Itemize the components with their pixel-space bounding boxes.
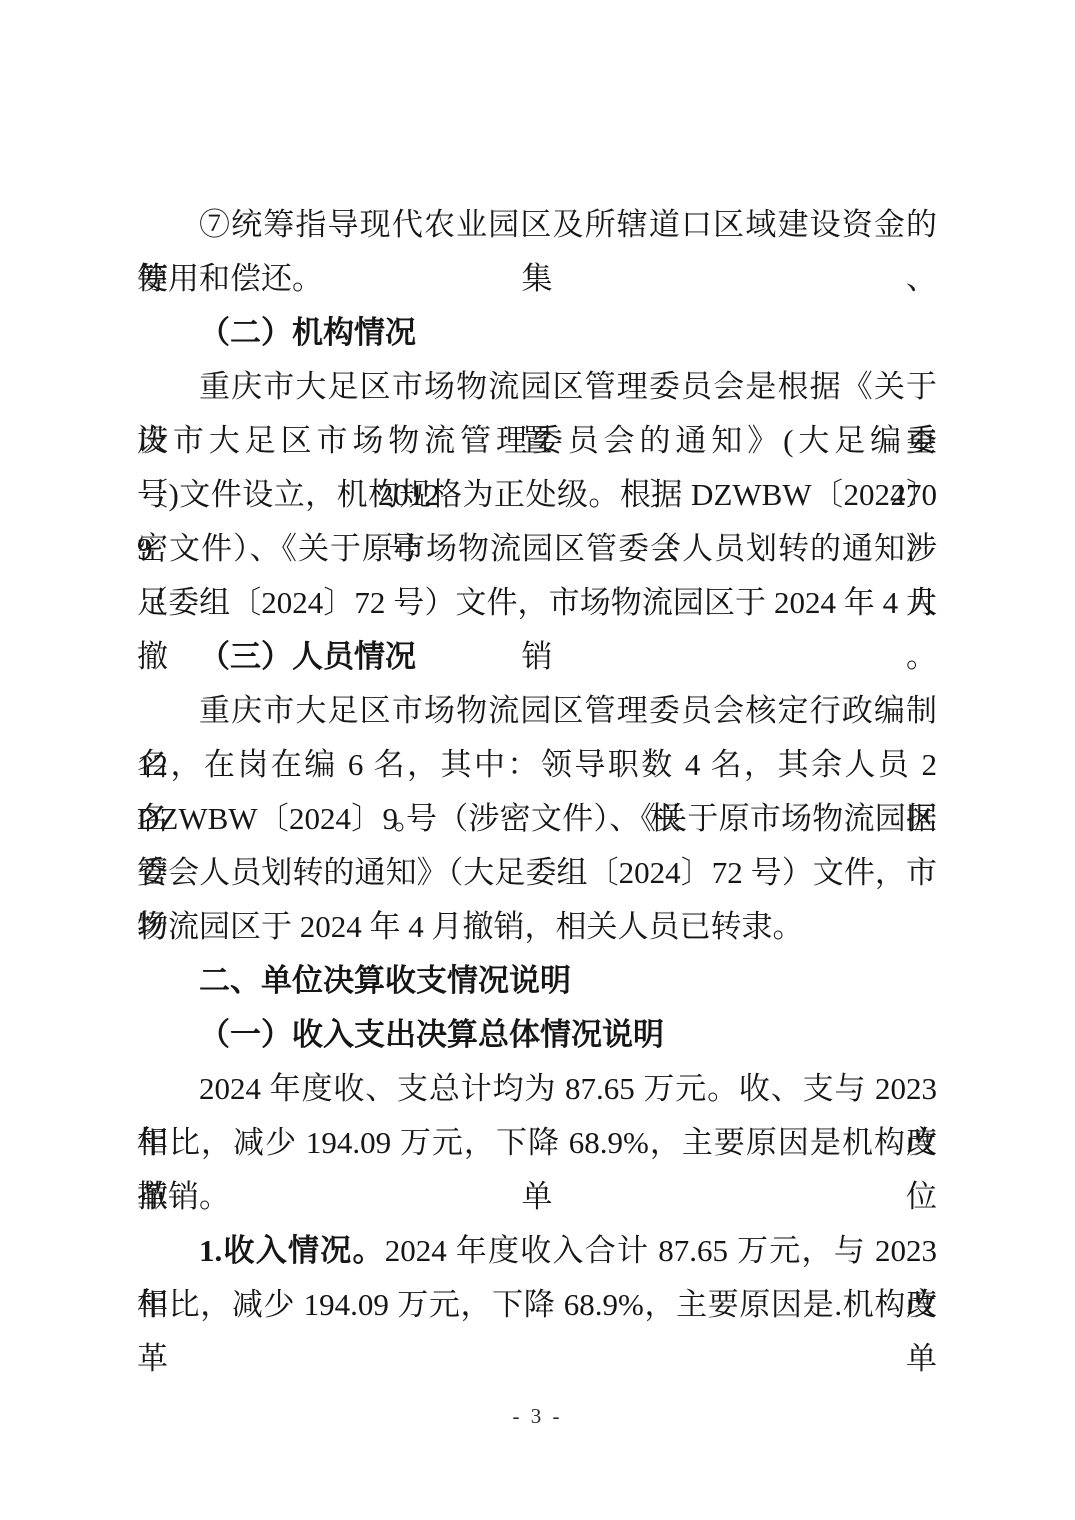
text-run: 相比，减少 194.09 万元，下降 68.9%，主要原因是机构改革单位	[137, 1125, 937, 1214]
section-heading-budget-overview: 二、单位决算收支情况说明	[137, 954, 937, 1008]
text-run: 相比，减少 194.09 万元，下降 68.9%，主要原因是.机构改革单	[137, 1287, 937, 1376]
text-run: 物流园区于 2024 年 4 月撤销，相关人员已转隶。	[137, 909, 804, 944]
subsection-heading-organization: （二）机构情况	[137, 306, 937, 360]
text-run: 使用和偿还。	[137, 261, 323, 296]
paragraph-line: 号)文件设立，机构规格为正处级。根据 DZWBW〔2024〕9 号（涉	[137, 468, 937, 522]
paragraph-line: 重庆市大足区市场物流园区管理委员会是根据《关于设置重	[137, 360, 937, 414]
paragraph-line: 密文件）、《关于原市场物流园区管委会人员划转的通知》（大	[137, 522, 937, 576]
paragraph-line: 重庆市大足区市场物流园区管理委员会核定行政编制 12	[137, 684, 937, 738]
text-run: 撤销。	[137, 1179, 230, 1214]
paragraph-line: 名，在岗在编 6 名，其中：领导职数 4 名，其余人员 2 名。根据	[137, 738, 937, 792]
paragraph-line: 庆市大足区市场物流管理委员会的通知》(大足编委〔2012〕270	[137, 414, 937, 468]
paragraph-line: 相比，减少 194.09 万元，下降 68.9%，主要原因是.机构改革单	[137, 1278, 937, 1332]
subsection-heading-income-expense: （一）收入支出决算总体情况说明	[137, 1008, 937, 1062]
document-page: ⑦统筹指导现代农业园区及所辖道口区域建设资金的筹集、使用和偿还。（二）机构情况重…	[0, 0, 1075, 1520]
paragraph-line-income: 1.收入情况。2024 年度收入合计 87.65 万元，与 2023 年度	[137, 1224, 937, 1278]
paragraph-line: DZWBW〔2024〕9 号（涉密文件）、《关于原市场物流园区管	[137, 792, 937, 846]
bold-text-run: （二）机构情况	[199, 315, 416, 350]
paragraph-line: ⑦统筹指导现代农业园区及所辖道口区域建设资金的筹集、	[137, 198, 937, 252]
paragraph-line: 足委组〔2024〕72 号）文件，市场物流园区于 2024 年 4 月撤销。	[137, 576, 937, 630]
paragraph-line: 2024 年度收、支总计均为 87.65 万元。收、支与 2023 年度	[137, 1062, 937, 1116]
paragraph-line: 委会人员划转的通知》（大足委组〔2024〕72 号）文件，市场	[137, 846, 937, 900]
bold-text-run: 1.收入情况。	[199, 1233, 385, 1268]
paragraph-line: 相比，减少 194.09 万元，下降 68.9%，主要原因是机构改革单位	[137, 1116, 937, 1170]
page-number: - 3 -	[0, 1398, 1075, 1434]
document-body: ⑦统筹指导现代农业园区及所辖道口区域建设资金的筹集、使用和偿还。（二）机构情况重…	[137, 198, 937, 1332]
bold-text-run: 二、单位决算收支情况说明	[199, 963, 571, 998]
bold-text-run: （三）人员情况	[199, 639, 416, 674]
bold-text-run: （一）收入支出决算总体情况说明	[199, 1017, 664, 1052]
paragraph-line: 物流园区于 2024 年 4 月撤销，相关人员已转隶。	[137, 900, 937, 954]
